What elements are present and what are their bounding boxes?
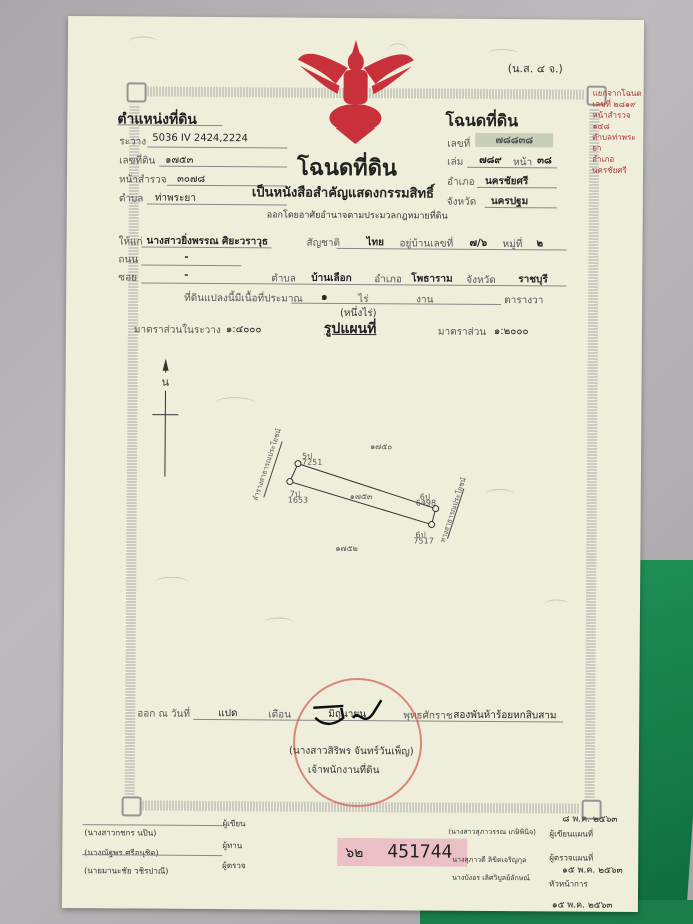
center-parcel: ๑๗๕๓ [350,490,373,503]
staff-writer-role: ผู้เขียน [222,817,245,830]
point-6p2-num: 7517 [413,536,433,545]
staff-writer-name: (นางสาวกชกร นปิน) [84,826,156,840]
staff-reviewer-role: ผู้ทาน [222,839,242,852]
volume-value: ๗๘๙ [479,153,502,168]
serial-number-box: ๖๒ 451744 [337,838,467,867]
plot-map: 5ป 7251 7ป 1653 6ป 6498 6ป 7517 ๑๗๕๐ ๑๗๕… [239,419,480,561]
survey-page-label: หน้าสำรวจ [119,172,167,187]
deed-number-value: ๗๘๘๓๘ [475,133,553,148]
form-code: (น.ส. ๔ จ.) [508,59,563,77]
subdistrict-label: ตำบล [119,191,144,206]
area-rai-unit: ไร่ [358,292,369,307]
officer-signature [303,698,393,739]
area-wa-unit: ตารางวา [504,293,543,308]
point-7p-num: 1653 [288,496,308,505]
plot-map-title: รูปแผนที่ [324,318,377,340]
border-left [125,104,140,794]
province-label: จังหวัด [447,195,477,210]
parcel-number-label: เลขที่ดิน [119,153,155,168]
deed-page-value: ๓๘ [537,153,552,168]
map-date-1: ๘ พ.ค. ๒๕๖๓ [562,811,617,825]
head-date: ๑๕ พ.ค. ๒๕๖๓ [552,897,613,911]
map-writer-role: ผู้เขียนแผนที่ [549,827,593,840]
plot-scale-value: ๑:๒๐๐๐ [494,324,529,339]
survey-value: 5036 IV 2424,2224 [152,133,248,145]
map-checker-name: นางสุภาวดี ลิขิตเจริญกุล [452,855,526,867]
land-title-deed: (น.ส. ๔ จ.) ตำแหน่งที่ดิน ระวาง 5036 IV … [62,16,644,912]
survey-label: ระวาง [119,134,146,149]
plot-scale-label: มาตราส่วน [438,325,486,340]
soi-label: ซอย [118,270,137,285]
soi-value: - [184,270,188,281]
map-scale-value: ๑:๔๐๐๐ [226,322,262,337]
subtitle: เป็นหนังสือสำคัญแสดงกรรมสิทธิ์ [252,181,434,203]
border-right [585,108,600,798]
point-5p-num: 7251 [302,458,322,467]
district-label: อำเภอ [447,175,475,190]
deed-title: โฉนดที่ดิน [445,109,518,135]
main-title: โฉนดที่ดิน [297,150,397,186]
serial-prefix: ๖๒ [345,842,363,864]
staff-checker-name: (นายมานะชัย วชิรปาณี) [84,864,168,878]
map-date-2: ๑๕ พ.ค. ๒๕๖๓ [562,862,623,876]
border-corner-ornament [122,796,142,816]
owner-to-label: ให้แก่ [118,234,142,249]
map-writer-name: (นางสาวสุภาวรรณ เกษิพินิจ) [448,827,536,839]
area-label: ที่ดินแปลงนี้มีเนื้อที่ประมาณ [184,291,303,307]
volume-label: เล่ม [447,155,463,170]
map-scale-label: มาตราส่วนในระวาง [134,322,221,338]
staff-checker-role: ผู้ตรวจ [222,859,245,872]
officer-title: เจ้าพนักงานที่ดิน [308,763,380,778]
area-ngan-unit: งาน [416,292,433,307]
road-label: ถนน [118,252,138,267]
head-name: นางบังอร เลิศวิบูลย์ลักษณ์ [452,873,530,885]
deed-number-label: เลขที่ [447,137,470,152]
staff-reviewer-name: (นางณัฐพร ศรีอนุชิต) [84,846,158,860]
north-label: น [162,373,170,391]
serial-number: 451744 [387,841,452,862]
garuda-emblem [295,38,416,149]
road-value: - [184,252,188,263]
border-corner-ornament [127,82,147,102]
subtitle-authority: ออกโดยอาศัยอำนาจตามประมวลกฎหมายที่ดิน [267,207,448,222]
location-title: ตำแหน่งที่ดิน [117,108,197,131]
top-neighbor-parcel: ๑๗๕๐ [370,440,392,453]
head-role: หัวหน้าการ [549,877,588,890]
bottom-neighbor-parcel: ๑๗๕๒ [335,542,358,555]
issue-date-label: ออก ณ วันที่ [137,707,190,722]
officer-name: (นางสาวสิริพร จันทร์วันเพ็ญ) [289,744,414,760]
point-6p-num: 6498 [416,498,436,507]
split-from-deed-note: แยกจากโฉนด เลขที่ ๒๘๑๙ หน้าสำรวจ ๑๔๘ ตำบ… [592,88,644,176]
nationality-label: สัญชาติ [306,236,340,251]
